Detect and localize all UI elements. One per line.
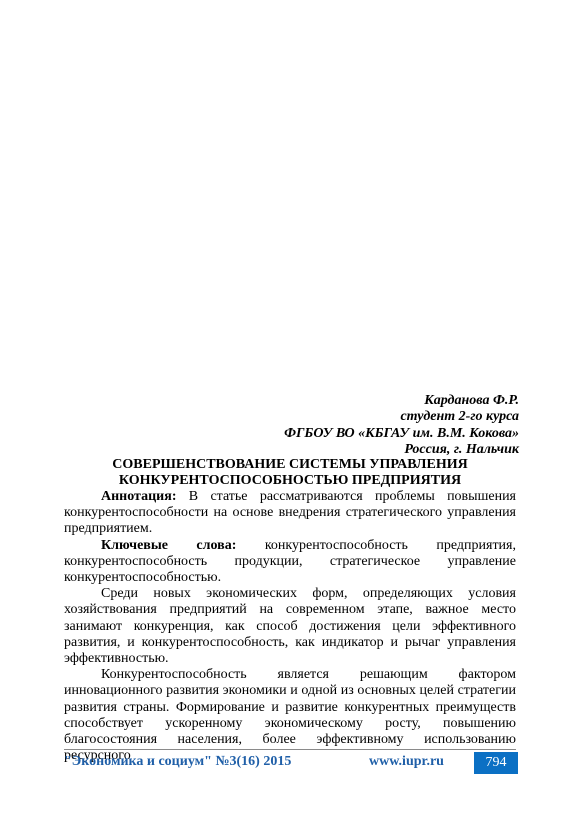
keywords-label: Ключевые слова: [101, 538, 236, 553]
author-organization: ФГБОУ ВО «КБГАУ им. В.М. Кокова» [284, 426, 519, 442]
author-name: Карданова Ф.Р. [284, 393, 519, 409]
author-position: студент 2-го курса [284, 409, 519, 425]
page-number-badge: 794 [474, 752, 518, 774]
footer-url-link[interactable]: www.iupr.ru [369, 754, 444, 770]
author-location: Россия, г. Нальчик [284, 442, 519, 458]
footer-journal-name: "Экономика и социум" №3(16) 2015 [64, 754, 291, 770]
article-title: СОВЕРШЕНСТВОВАНИЕ СИСТЕМЫ УПРАВЛЕНИЯ КОН… [64, 457, 516, 489]
footer-divider [64, 749, 516, 750]
title-line-1: СОВЕРШЕНСТВОВАНИЕ СИСТЕМЫ УПРАВЛЕНИЯ [64, 457, 516, 473]
abstract-label: Аннотация: [101, 489, 176, 504]
document-page: Карданова Ф.Р. студент 2-го курса ФГБОУ … [0, 0, 580, 820]
abstract: Аннотация: В статье рассматриваются проб… [64, 489, 516, 538]
title-line-2: КОНКУРЕНТОСПОСОБНОСТЬЮ ПРЕДПРИЯТИЯ [64, 473, 516, 489]
keywords: Ключевые слова: конкурентоспособность пр… [64, 538, 516, 587]
article-body: Аннотация: В статье рассматриваются проб… [64, 489, 516, 764]
paragraph: Среди новых экономических форм, определя… [64, 586, 516, 667]
author-block: Карданова Ф.Р. студент 2-го курса ФГБОУ … [284, 393, 519, 458]
